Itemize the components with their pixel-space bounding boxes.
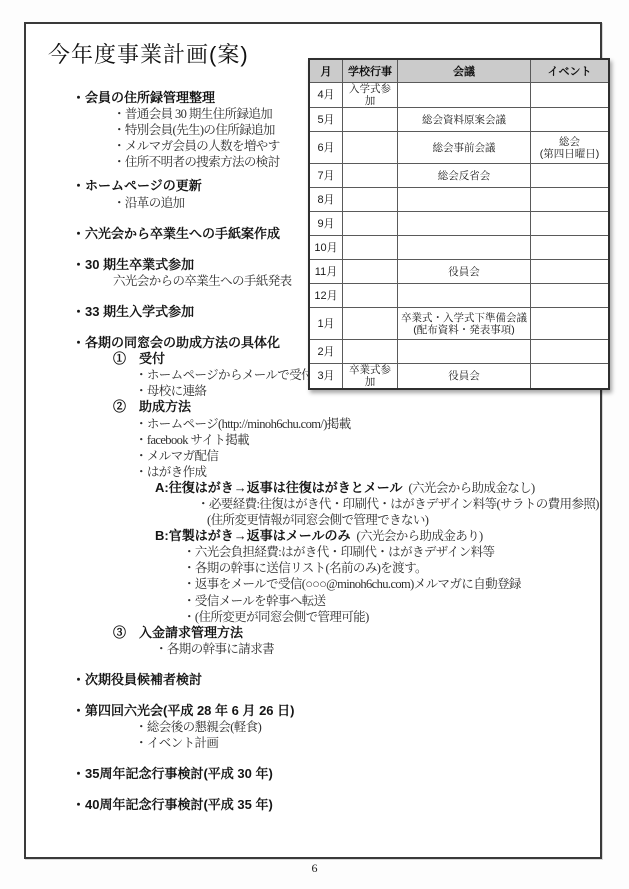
- outline-line: B:官製はがき→返事はメールのみ(六光会から助成金あり): [0, 528, 629, 544]
- schedule-row: 4月入学式参加: [309, 83, 609, 108]
- page-title: 今年度事業計画(案): [48, 38, 249, 69]
- schedule-cell-event: [531, 284, 610, 308]
- outline-line-text: ・第四回六光会(平成 28 年 6 月 26 日): [72, 703, 294, 718]
- outline-line-text: ・母校に連絡: [135, 384, 206, 398]
- outline-line-text: ・各期の同窓会の助成方法の具体化: [72, 335, 280, 350]
- schedule-cell-event: [531, 236, 610, 260]
- outline-line: ・メルマガ配信: [0, 448, 629, 464]
- outline-line-text: ・メルマガ配信: [135, 449, 218, 463]
- schedule-row: 6月総会事前会議総会 (第四日曜日): [309, 132, 609, 164]
- schedule-cell-event: 総会 (第四日曜日): [531, 132, 610, 164]
- schedule-cell-month: 5月: [309, 108, 343, 132]
- schedule-cell-month: 7月: [309, 164, 343, 188]
- schedule-header-cell: イベント: [531, 59, 610, 83]
- schedule-row: 9月: [309, 212, 609, 236]
- schedule-cell-school: [343, 164, 398, 188]
- schedule-cell-event: [531, 364, 610, 390]
- schedule-cell-meeting: [398, 236, 531, 260]
- schedule-cell-event: [531, 308, 610, 340]
- outline-line-text: ・各期の幹事に請求書: [155, 642, 274, 656]
- outline-line: ・次期役員候補者検討: [0, 672, 629, 688]
- schedule-header-cell: 学校行事: [343, 59, 398, 83]
- schedule-cell-month: 6月: [309, 132, 343, 164]
- outline-line: ・必要経費:往復はがき代・印刷代・はがきデザイン料等(サラトの費用参照): [0, 496, 629, 512]
- schedule-cell-event: [531, 340, 610, 364]
- outline-line-text: 六光会からの卒業生への手紙発表: [113, 274, 292, 288]
- outline-line-text: ・(住所変更が同窓会側で管理可能): [183, 610, 369, 624]
- outline-line-text: ・住所不明者の捜索方法の検討: [113, 155, 280, 169]
- schedule-cell-meeting: 卒業式・入学式下準備会議 (配布資料・発表事項): [398, 308, 531, 340]
- outline-line-text: (住所変更情報が同窓会側で管理できない): [207, 513, 428, 527]
- outline-line-text: ・六光会負担経費:はがき代・印刷代・はがきデザイン料等: [183, 545, 494, 559]
- schedule-cell-event: [531, 83, 610, 108]
- outline-line-text: ・沿革の追加: [113, 196, 184, 210]
- schedule-cell-month: 4月: [309, 83, 343, 108]
- outline-line-text: ② 助成方法: [113, 399, 191, 414]
- outline-line: ② 助成方法: [0, 399, 629, 415]
- schedule-cell-school: 入学式参加: [343, 83, 398, 108]
- schedule-cell-school: [343, 340, 398, 364]
- outline-line: ・35周年記念行事検討(平成 30 年): [0, 766, 629, 782]
- schedule-cell-meeting: [398, 340, 531, 364]
- outline-line-text: ・ホームページの更新: [72, 178, 202, 193]
- schedule-cell-meeting: [398, 212, 531, 236]
- outline-line: ・総会後の懇親会(軽食): [0, 719, 629, 735]
- schedule-header-row: 月学校行事会議イベント: [309, 59, 609, 83]
- outline-line: ・ホームページ(http://minoh6chu.com/)掲載: [0, 416, 629, 432]
- outline-line-note: (六光会から助成金なし): [408, 481, 534, 495]
- schedule-cell-event: [531, 260, 610, 284]
- schedule-cell-month: 2月: [309, 340, 343, 364]
- schedule-header-cell: 月: [309, 59, 343, 83]
- outline-line-text: ・各期の幹事に送信リスト(名前のみ)を渡す。: [183, 561, 427, 575]
- outline-line: ・はがき作成: [0, 464, 629, 480]
- schedule-cell-school: [343, 108, 398, 132]
- outline-line: (住所変更情報が同窓会側で管理できない): [0, 512, 629, 528]
- outline-line-text: ・はがき作成: [135, 465, 206, 479]
- outline-line-text: ・35周年記念行事検討(平成 30 年): [72, 766, 273, 781]
- document-page: { "colors": { "table_header_bg": "#cbcbc…: [0, 0, 629, 889]
- schedule-header-cell: 会議: [398, 59, 531, 83]
- schedule-row: 10月: [309, 236, 609, 260]
- schedule-cell-meeting: [398, 83, 531, 108]
- outline-line-text: ・次期役員候補者検討: [72, 672, 202, 687]
- schedule-body: 4月入学式参加5月総会資料原案会議6月総会事前会議総会 (第四日曜日)7月総会反…: [309, 83, 609, 390]
- schedule-cell-month: 10月: [309, 236, 343, 260]
- schedule-cell-school: [343, 188, 398, 212]
- outline-line-text: ・総会後の懇親会(軽食): [135, 720, 261, 734]
- outline-line: ・各期の幹事に請求書: [0, 641, 629, 657]
- schedule-row: 8月: [309, 188, 609, 212]
- schedule-row: 11月役員会: [309, 260, 609, 284]
- schedule-cell-school: [343, 132, 398, 164]
- outline-line-text: ・普通会員 30 期生住所録追加: [113, 107, 272, 121]
- outline-line-text: B:官製はがき→返事はメールのみ: [155, 528, 350, 543]
- outline-line: ・(住所変更が同窓会側で管理可能): [0, 609, 629, 625]
- outline-line-text: ・特別会員(先生)の住所録追加: [113, 123, 275, 137]
- schedule-cell-month: 9月: [309, 212, 343, 236]
- outline-line-text: ・ホームページからメールで受付: [135, 368, 313, 382]
- schedule-cell-meeting: 役員会: [398, 364, 531, 390]
- outline-line-text: ・イベント計画: [135, 736, 218, 750]
- schedule-row: 5月総会資料原案会議: [309, 108, 609, 132]
- schedule-row: 3月卒業式参加役員会: [309, 364, 609, 390]
- outline-line: ・受信メールを幹事へ転送: [0, 593, 629, 609]
- schedule-row: 12月: [309, 284, 609, 308]
- outline-line-text: ・33 期生入学式参加: [72, 304, 194, 319]
- outline-line: ・返事をメールで受信(○○○@minoh6chu.com)メルマガに自動登録: [0, 576, 629, 592]
- schedule-cell-meeting: 総会反省会: [398, 164, 531, 188]
- outline-line-text: ③ 入金請求管理方法: [113, 625, 243, 640]
- schedule-table: 月学校行事会議イベント 4月入学式参加5月総会資料原案会議6月総会事前会議総会 …: [308, 58, 610, 390]
- outline-line-text: ・会員の住所録管理整理: [72, 90, 215, 105]
- outline-line-text: ① 受付: [113, 351, 165, 366]
- schedule-cell-event: [531, 108, 610, 132]
- outline-line: ・イベント計画: [0, 735, 629, 751]
- schedule-row: 7月総会反省会: [309, 164, 609, 188]
- page-number: 6: [0, 861, 629, 876]
- outline-line: A:往復はがき→返事は往復はがきとメール(六光会から助成金なし): [0, 480, 629, 496]
- schedule-cell-school: [343, 212, 398, 236]
- outline-line-text: ・受信メールを幹事へ転送: [183, 594, 326, 608]
- schedule-cell-month: 8月: [309, 188, 343, 212]
- schedule-cell-event: [531, 164, 610, 188]
- outline-line-text: ・ホームページ(http://minoh6chu.com/)掲載: [135, 417, 351, 431]
- outline-line: ・各期の幹事に送信リスト(名前のみ)を渡す。: [0, 560, 629, 576]
- schedule-cell-event: [531, 188, 610, 212]
- outline-line-text: ・30 期生卒業式参加: [72, 257, 194, 272]
- schedule-cell-school: [343, 308, 398, 340]
- outline-line-text: ・メルマガ会員の人数を増やす: [113, 139, 280, 153]
- schedule-cell-school: [343, 260, 398, 284]
- outline-line-text: ・必要経費:往復はがき代・印刷代・はがきデザイン料等(サラトの費用参照): [197, 497, 599, 511]
- schedule-cell-meeting: [398, 284, 531, 308]
- schedule-cell-meeting: 総会資料原案会議: [398, 108, 531, 132]
- schedule-cell-meeting: [398, 188, 531, 212]
- schedule-cell-school: 卒業式参加: [343, 364, 398, 390]
- outline-line-text: ・返事をメールで受信(○○○@minoh6chu.com)メルマガに自動登録: [183, 577, 521, 591]
- schedule-row: 1月卒業式・入学式下準備会議 (配布資料・発表事項): [309, 308, 609, 340]
- outline-line-text: ・六光会から卒業生への手紙案作成: [72, 226, 280, 241]
- schedule-cell-month: 12月: [309, 284, 343, 308]
- outline-line-text: ・40周年記念行事検討(平成 35 年): [72, 797, 273, 812]
- outline-line: ・40周年記念行事検討(平成 35 年): [0, 797, 629, 813]
- outline-line-text: ・facebook サイト掲載: [135, 433, 249, 447]
- schedule-cell-meeting: 役員会: [398, 260, 531, 284]
- outline-line: ③ 入金請求管理方法: [0, 625, 629, 641]
- schedule-cell-month: 3月: [309, 364, 343, 390]
- schedule-cell-school: [343, 284, 398, 308]
- schedule-cell-month: 1月: [309, 308, 343, 340]
- schedule-row: 2月: [309, 340, 609, 364]
- schedule-cell-school: [343, 236, 398, 260]
- schedule-cell-event: [531, 212, 610, 236]
- schedule-cell-meeting: 総会事前会議: [398, 132, 531, 164]
- outline-line-text: A:往復はがき→返事は往復はがきとメール: [155, 480, 402, 495]
- outline-line: ・facebook サイト掲載: [0, 432, 629, 448]
- outline-line: ・第四回六光会(平成 28 年 6 月 26 日): [0, 703, 629, 719]
- schedule-cell-month: 11月: [309, 260, 343, 284]
- outline-line: ・六光会負担経費:はがき代・印刷代・はがきデザイン料等: [0, 544, 629, 560]
- outline-line-note: (六光会から助成金あり): [356, 529, 482, 543]
